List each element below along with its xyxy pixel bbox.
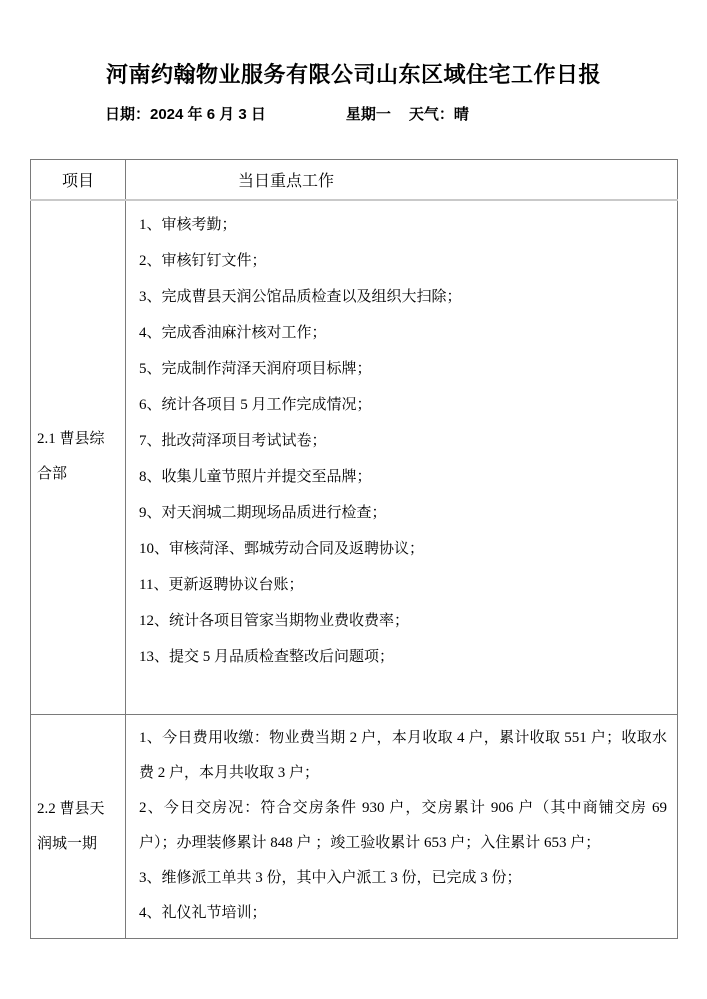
work-item: 4、礼仪礼节培训； <box>139 896 667 931</box>
work-item: 8、收集儿童节照片并提交至品牌； <box>139 459 667 495</box>
column-header-project: 项目 <box>31 160 126 200</box>
weather-value: 天气：晴 <box>409 106 469 123</box>
date-value: 日期：2024 年 6 月 3 日 <box>105 106 266 123</box>
page-title: 河南约翰物业服务有限公司山东区域住宅工作日报 <box>0 0 707 90</box>
work-items-cell: 1、今日费用收缴：物业费当期 2 户，本月收取 4 户，累计收取 551 户；收… <box>126 715 678 939</box>
work-item: 3、维修派工单共 3 份，其中入户派工 3 份，已完成 3 份； <box>139 861 667 896</box>
work-item: 4、完成香油麻汁核对工作； <box>139 315 667 351</box>
work-items-cell: 1、审核考勤； 2、审核钉钉文件； 3、完成曹县天润公馆品质检查以及组织大扫除；… <box>126 200 678 715</box>
work-item: 3、完成曹县天润公馆品质检查以及组织大扫除； <box>139 279 667 315</box>
work-item: 1、审核考勤； <box>139 207 667 243</box>
work-item: 5、完成制作菏泽天润府项目标牌； <box>139 351 667 387</box>
work-item: 11、更新返聘协议台账； <box>139 567 667 603</box>
table-row: 2.2 曹县天润城一期 1、今日费用收缴：物业费当期 2 户，本月收取 4 户，… <box>31 715 678 939</box>
date-line: 日期：2024 年 6 月 3 日星期一天气：晴 <box>105 104 707 125</box>
table-row: 2.1 曹县综合部 1、审核考勤； 2、审核钉钉文件； 3、完成曹县天润公馆品质… <box>31 200 678 715</box>
work-item: 1、今日费用收缴：物业费当期 2 户，本月收取 4 户，累计收取 551 户；收… <box>139 721 667 791</box>
work-item: 9、对天润城二期现场品质进行检查； <box>139 495 667 531</box>
work-item: 2、审核钉钉文件； <box>139 243 667 279</box>
column-header-key-work: 当日重点工作 <box>126 160 678 200</box>
work-item: 12、统计各项目管家当期物业费收费率； <box>139 603 667 639</box>
header-row: 项目 当日重点工作 <box>31 160 678 200</box>
document-page: 河南约翰物业服务有限公司山东区域住宅工作日报 日期：2024 年 6 月 3 日… <box>0 0 707 999</box>
project-cell-caoxian-tianrun-phase1: 2.2 曹县天润城一期 <box>31 715 126 939</box>
work-item: 13、提交 5 月品质检查整改后问题项； <box>139 639 667 675</box>
work-item: 6、统计各项目 5 月工作完成情况； <box>139 387 667 423</box>
project-cell-caoxian-zonghebu: 2.1 曹县综合部 <box>31 200 126 715</box>
work-item: 10、审核菏泽、鄄城劳动合同及返聘协议； <box>139 531 667 567</box>
work-item: 7、批改菏泽项目考试试卷； <box>139 423 667 459</box>
work-item: 2、今日交房况：符合交房条件 930 户，交房累计 906 户（其中商铺交房 6… <box>139 791 667 861</box>
weekday-value: 星期一 <box>346 106 391 123</box>
daily-report-table: 项目 当日重点工作 2.1 曹县综合部 1、审核考勤； 2、审核钉钉文件； 3、… <box>30 159 678 939</box>
